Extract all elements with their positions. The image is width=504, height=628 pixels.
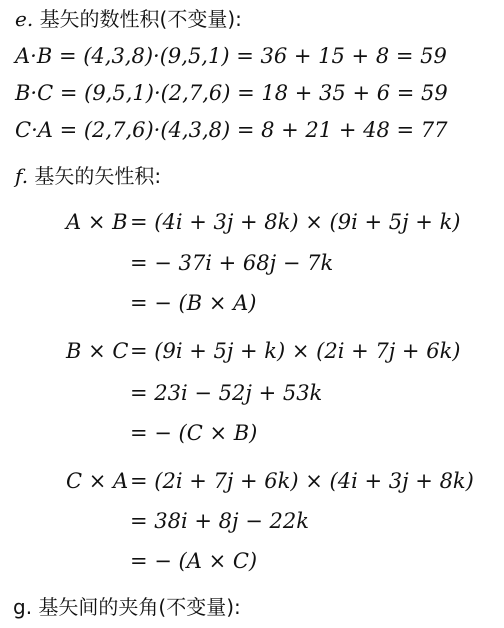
cross-ab-line-1: = (4i + 3j + 8k) × (9i + 5j + k): [130, 207, 460, 237]
cross-bc-line-2: = 23i − 52j + 53k: [130, 378, 322, 408]
section-g-title: 基矢间的夹角(不变量):: [38, 595, 240, 619]
dot-product-ab: A·B = (4,3,8)·(9,5,1) = 36 + 15 + 8 = 59: [15, 41, 447, 71]
section-e-label: e.: [15, 7, 33, 31]
cross-ab-lhs: A × B: [66, 207, 128, 237]
cross-bc-line-1: = (9i + 5j + k) × (2i + 7j + 6k): [130, 336, 460, 366]
cross-ca-line-3: = − (A × C): [130, 546, 257, 576]
cross-ab-line-3: = − (B × A): [130, 288, 256, 318]
section-f-title: 基矢的矢性积:: [34, 164, 161, 188]
cross-ca-line-2: = 38i + 8j − 22k: [130, 506, 309, 536]
section-e-title: 基矢的数性积(不变量):: [40, 7, 242, 31]
cross-ab-line-2: = − 37i + 68j − 7k: [130, 248, 333, 278]
section-f-heading: f. 基矢的矢性积:: [15, 161, 161, 191]
section-e-heading: e. 基矢的数性积(不变量):: [15, 4, 242, 34]
section-g-heading: g. 基矢间的夹角(不变量):: [13, 592, 241, 622]
cross-bc-lhs: B × C: [66, 336, 128, 366]
dot-product-bc: B·C = (9,5,1)·(2,7,6) = 18 + 35 + 6 = 59: [15, 78, 448, 108]
cross-bc-line-3: = − (C × B): [130, 418, 257, 448]
cross-ca-line-1: = (2i + 7j + 6k) × (4i + 3j + 8k): [130, 466, 474, 496]
section-f-label: f.: [15, 164, 28, 188]
cross-ca-lhs: C × A: [66, 466, 128, 496]
section-g-label: g.: [13, 595, 32, 619]
dot-product-ca: C·A = (2,7,6)·(4,3,8) = 8 + 21 + 48 = 77: [15, 115, 447, 145]
